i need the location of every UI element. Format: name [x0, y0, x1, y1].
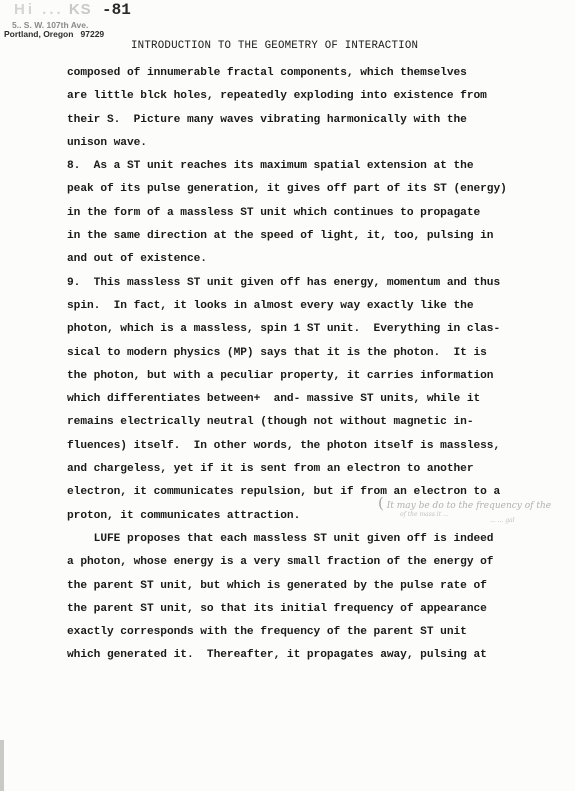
letterhead-city-row: Portland, Oregon 97229 — [4, 30, 131, 39]
text-line: which differentiates between+ and- massi… — [67, 388, 567, 411]
letterhead-name-faded: Hi ... — [14, 1, 64, 18]
annotation-line-1: It may be do to the frequency of the — [387, 501, 551, 511]
page-title: INTRODUCTION TO THE GEOMETRY OF INTERACT… — [131, 40, 418, 52]
text-line: are little blck holes, repeatedly explod… — [67, 85, 567, 108]
text-line: and out of existence. — [67, 248, 567, 271]
text-line: in the same direction at the speed of li… — [67, 225, 567, 248]
letterhead-name-tail: KS — [69, 1, 92, 18]
text-line: photon, which is a massless, spin 1 ST u… — [67, 318, 567, 341]
text-line: sical to modern physics (MP) says that i… — [67, 342, 567, 365]
text-line: composed of innumerable fractal componen… — [67, 62, 567, 85]
text-line: 8. As a ST unit reaches its maximum spat… — [67, 155, 567, 178]
body-text: composed of innumerable fractal componen… — [67, 62, 567, 668]
letterhead-zip: 97229 — [81, 29, 105, 39]
text-line: the parent ST unit, but which is generat… — [67, 575, 567, 598]
text-line: peak of its pulse generation, it gives o… — [67, 178, 567, 201]
handwritten-annotation: ( It may be do to the frequency of the o… — [378, 496, 575, 524]
text-line: remains electrically neutral (though not… — [67, 411, 567, 434]
text-line: 9. This massless ST unit given off has e… — [67, 272, 567, 295]
letterhead-city: Portland, Oregon — [4, 29, 73, 39]
text-line: exactly corresponds with the frequency o… — [67, 621, 567, 644]
text-line: fluences) itself. In other words, the ph… — [67, 435, 567, 458]
letterhead-name-row: Hi ... KS -81 — [4, 2, 131, 21]
text-line: LUFE proposes that each massless ST unit… — [67, 528, 567, 551]
text-line: which generated it. Thereafter, it propa… — [67, 644, 567, 667]
text-line: the photon, but with a peculiar property… — [67, 365, 567, 388]
page-number: -81 — [102, 1, 131, 19]
document-page: Hi ... KS -81 5.. S. W. 107th Ave. Portl… — [0, 0, 575, 791]
text-line: their S. Picture many waves vibrating ha… — [67, 109, 567, 132]
text-line: and chargeless, yet if it is sent from a… — [67, 458, 567, 481]
text-line: spin. In fact, it looks in almost every … — [67, 295, 567, 318]
text-line: the parent ST unit, so that its initial … — [67, 598, 567, 621]
annotation-paren: ( — [378, 494, 384, 512]
text-line: a photon, whose energy is a very small f… — [67, 551, 567, 574]
scan-edge-shadow — [0, 740, 4, 791]
text-line: in the form of a massless ST unit which … — [67, 202, 567, 225]
annotation-line-3: ... ... gal — [378, 518, 575, 524]
letterhead-stamp: Hi ... KS -81 5.. S. W. 107th Ave. Portl… — [4, 2, 131, 39]
text-line: unison wave. — [67, 132, 567, 155]
